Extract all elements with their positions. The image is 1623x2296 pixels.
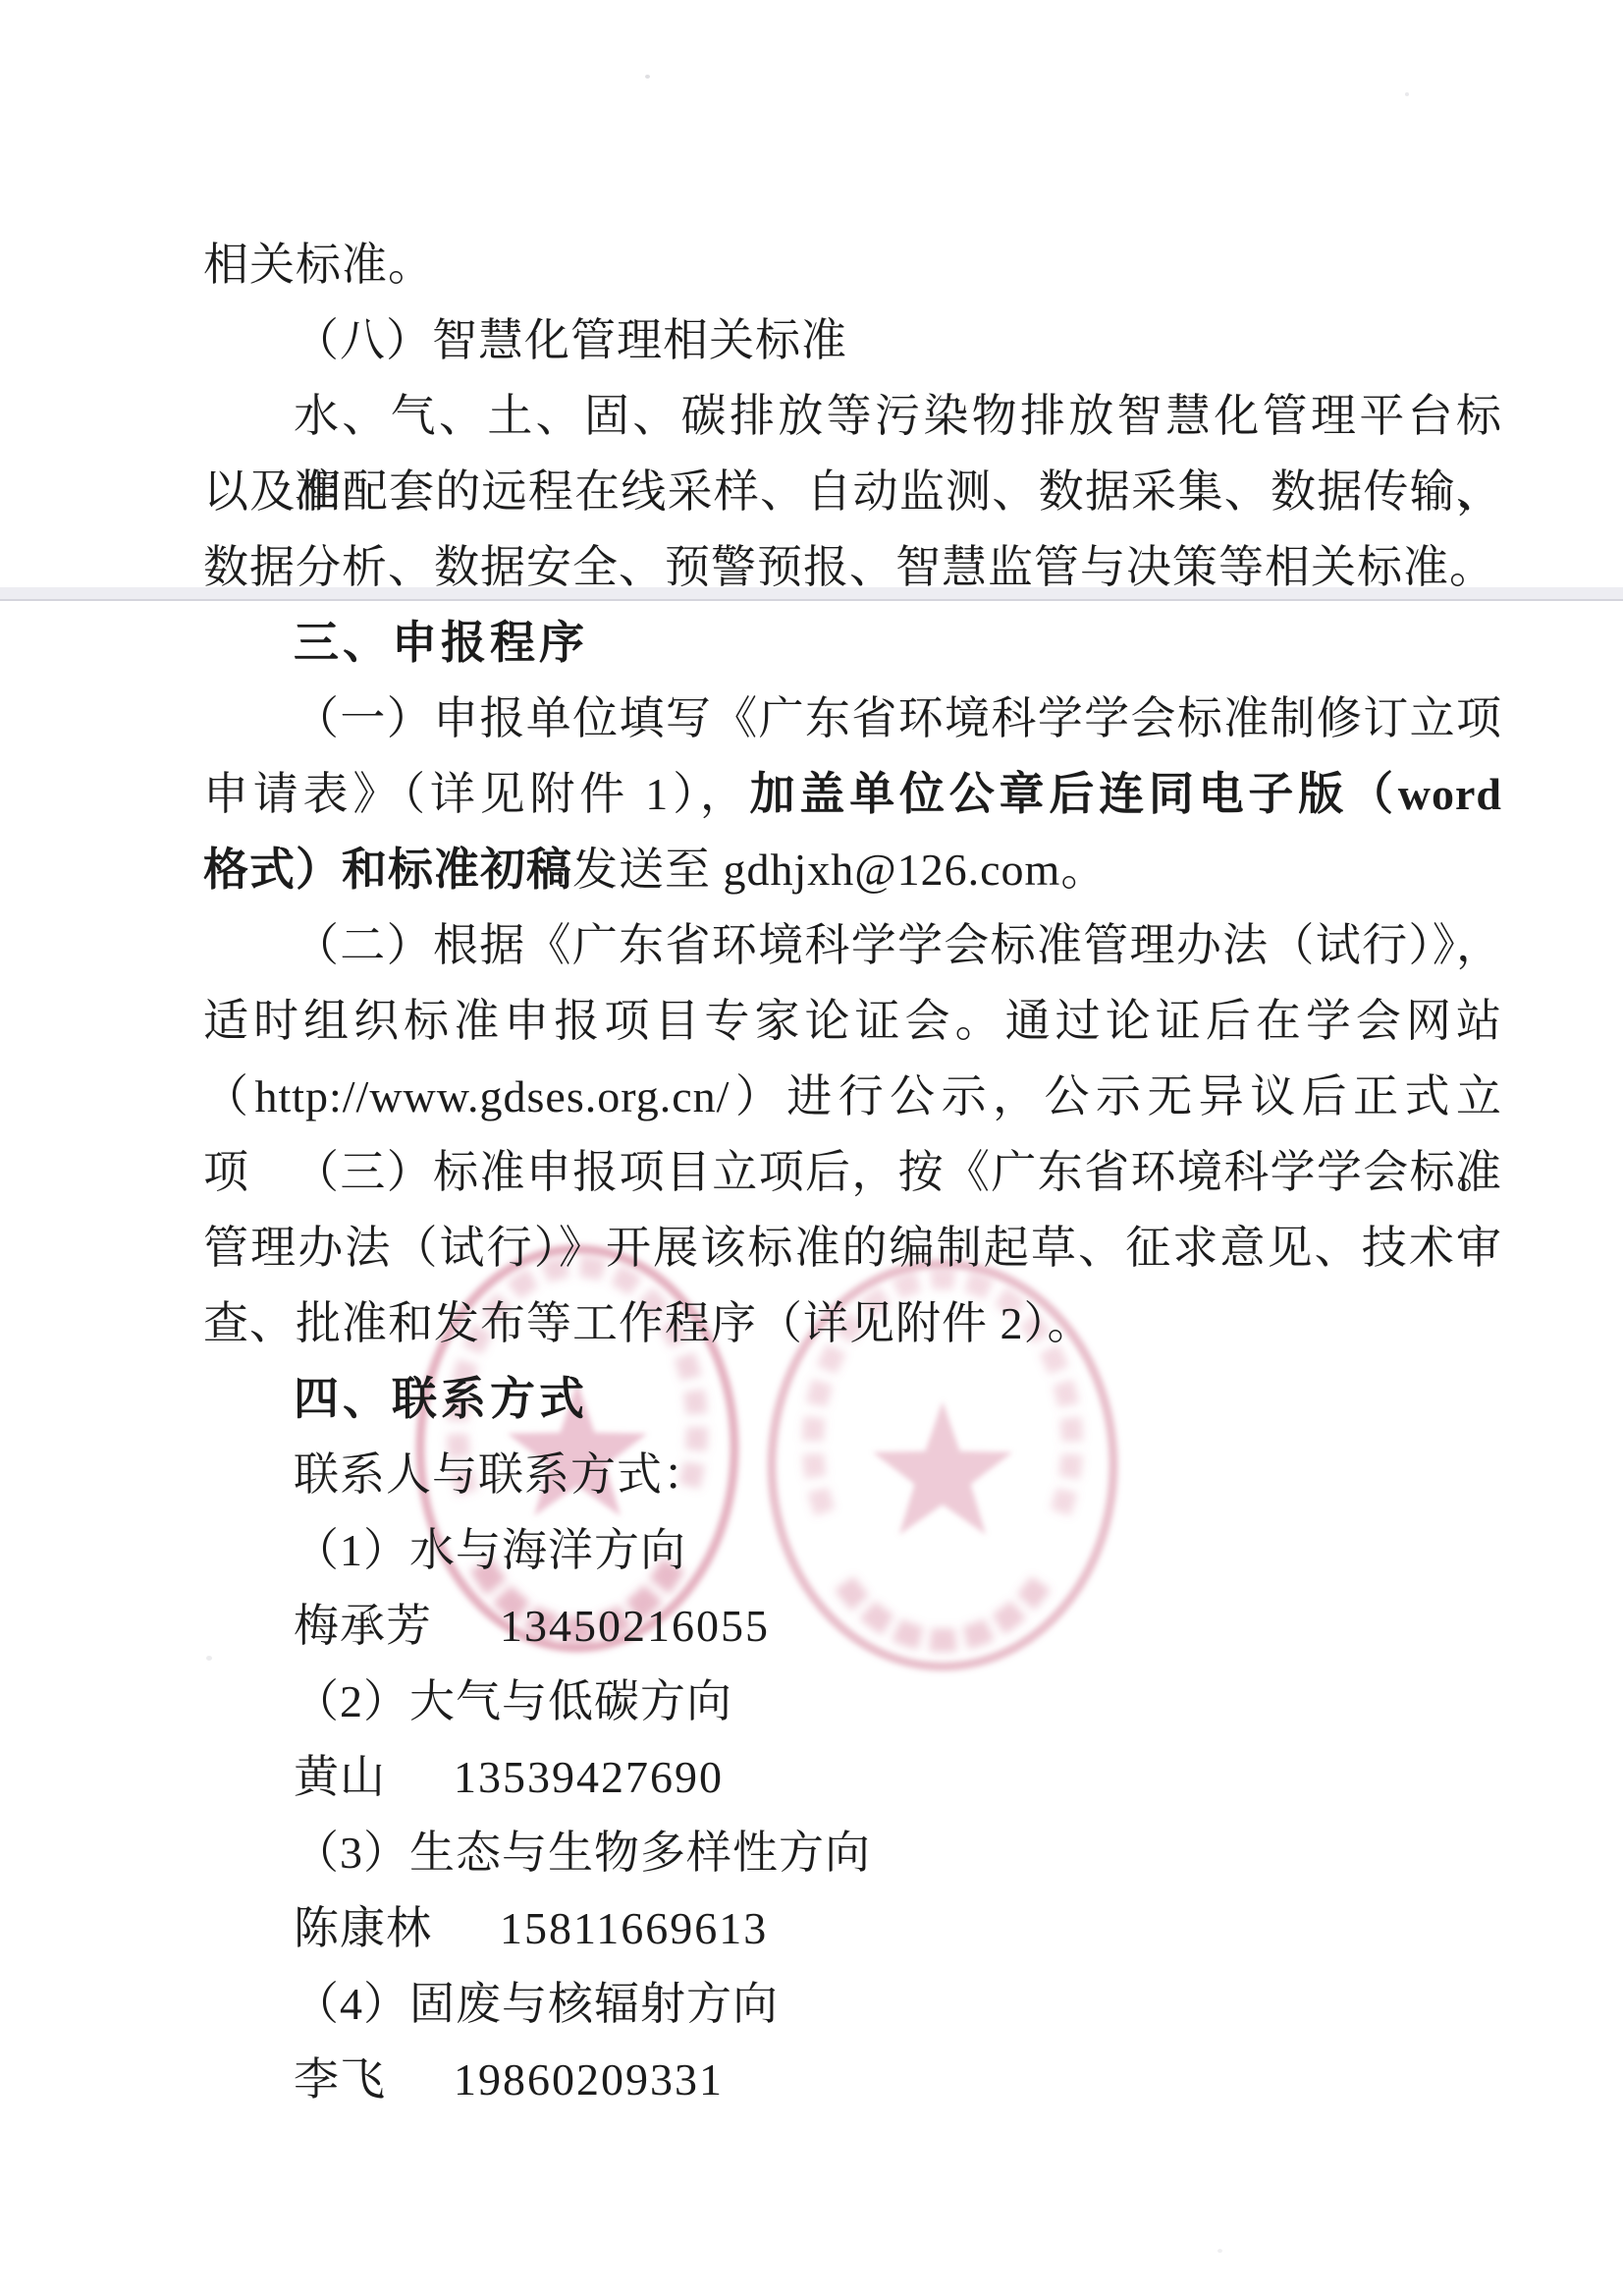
sub-heading-line: （八）智慧化管理相关标准 xyxy=(294,302,1502,378)
line-text: （一）申报单位填写《广东省环境科学学会标准制修订立项 xyxy=(294,693,1502,743)
section-heading-contact: 四、联系方式 xyxy=(294,1361,1502,1437)
paragraph-line: 以及相配套的远程在线采样、自动监测、数据采集、数据传输、 xyxy=(203,454,1502,529)
scan-speck xyxy=(206,1656,212,1661)
line-text: 以及相配套的远程在线采样、自动监测、数据采集、数据传输、 xyxy=(203,466,1502,517)
contact-direction: （3）生态与生物多样性方向 xyxy=(294,1828,871,1878)
section-heading-procedure: 三、申报程序 xyxy=(294,605,1502,681)
paragraph-line: （二）根据《广东省环境科学学会标准管理办法（试行）》， xyxy=(294,907,1502,983)
paragraph-line: 相关标准。 xyxy=(203,227,1502,302)
contact-direction-line: （3）生态与生物多样性方向 xyxy=(294,1815,1502,1890)
heading-text: 四、联系方式 xyxy=(294,1373,588,1424)
paragraph-line: 申请表》（详见附件 1），加盖单位公章后连同电子版（word xyxy=(203,756,1502,832)
contact-intro-line: 联系人与联系方式： xyxy=(294,1437,1502,1512)
contact-phone: 19860209331 xyxy=(454,2054,724,2105)
email-text: 发送至 gdhjxh@126.com。 xyxy=(572,845,1107,895)
paragraph-line: （三）标准申报项目立项后，按《广东省环境科学学会标准 xyxy=(294,1134,1502,1210)
contact-name: 李飞 xyxy=(294,2054,386,2105)
contact-name: 黄山 xyxy=(294,1752,386,1802)
paragraph-line: （一）申报单位填写《广东省环境科学学会标准制修订立项 xyxy=(294,681,1502,756)
line-text: （三）标准申报项目立项后，按《广东省环境科学学会标准 xyxy=(294,1147,1502,1197)
line-text: （二）根据《广东省环境科学学会标准管理办法（试行）》， xyxy=(294,920,1502,970)
paragraph-line: 数据分析、数据安全、预警预报、智慧监管与决策等相关标准。 xyxy=(203,529,1502,605)
paragraph-line: （http://www.gdses.org.cn/）进行公示，公示无异议后正式立… xyxy=(203,1059,1502,1134)
contact-person-line: 梅承芳13450216055 xyxy=(294,1588,1502,1664)
heading-text: 三、申报程序 xyxy=(294,617,588,668)
contact-direction-line: （2）大气与低碳方向 xyxy=(294,1664,1502,1739)
contact-person-line: 黄山13539427690 xyxy=(294,1739,1502,1815)
line-text: 数据分析、数据安全、预警预报、智慧监管与决策等相关标准。 xyxy=(203,542,1495,592)
line-text: 查、批准和发布等工作程序（详见附件 2）。 xyxy=(203,1298,1094,1348)
contact-phone: 13450216055 xyxy=(500,1601,770,1651)
paragraph-line: 格式）和标准初稿发送至 gdhjxh@126.com。 xyxy=(203,832,1502,907)
contact-direction-line: （4）固废与核辐射方向 xyxy=(294,1966,1502,2042)
contact-direction: （4）固废与核辐射方向 xyxy=(294,1979,779,2029)
paragraph-line: 适时组织标准申报项目专家论证会。通过论证后在学会网站 xyxy=(203,983,1502,1059)
line-text: 相关标准。 xyxy=(203,240,434,290)
scan-speck xyxy=(1405,92,1409,96)
scan-speck xyxy=(1217,2249,1222,2253)
line-text: 联系人与联系方式： xyxy=(294,1449,709,1500)
contact-direction-line: （1）水与海洋方向 xyxy=(294,1512,1502,1588)
contact-phone: 13539427690 xyxy=(454,1752,724,1802)
contact-name: 陈康林 xyxy=(294,1903,432,1953)
paragraph-line: 管理办法（试行）》开展该标准的编制起草、征求意见、技术审 xyxy=(203,1210,1502,1285)
contact-name: 梅承芳 xyxy=(294,1601,432,1651)
line-text-bold: 加盖单位公章后连同电子版（word xyxy=(750,769,1502,819)
line-text: 管理办法（试行）》开展该标准的编制起草、征求意见、技术审 xyxy=(203,1223,1502,1273)
contact-direction: （1）水与海洋方向 xyxy=(294,1525,686,1575)
contact-direction: （2）大气与低碳方向 xyxy=(294,1676,732,1726)
line-text: （八）智慧化管理相关标准 xyxy=(294,315,847,365)
contact-person-line: 李飞19860209331 xyxy=(294,2042,1502,2117)
contact-phone: 15811669613 xyxy=(500,1903,768,1953)
contact-person-line: 陈康林15811669613 xyxy=(294,1890,1502,1966)
line-text: 适时组织标准申报项目专家论证会。通过论证后在学会网站 xyxy=(203,996,1502,1046)
line-text: 申请表》（详见附件 1）， xyxy=(203,769,750,819)
scanned-document-page: 相关标准。 （八）智慧化管理相关标准 水、气、土、固、碳排放等污染物排放智慧化管… xyxy=(0,0,1623,2296)
paragraph-line: 查、批准和发布等工作程序（详见附件 2）。 xyxy=(203,1285,1502,1361)
paragraph-line: 水、气、土、固、碳排放等污染物排放智慧化管理平台标准， xyxy=(294,378,1502,454)
scan-speck xyxy=(645,75,650,79)
line-text-bold: 格式）和标准初稿 xyxy=(203,845,572,895)
